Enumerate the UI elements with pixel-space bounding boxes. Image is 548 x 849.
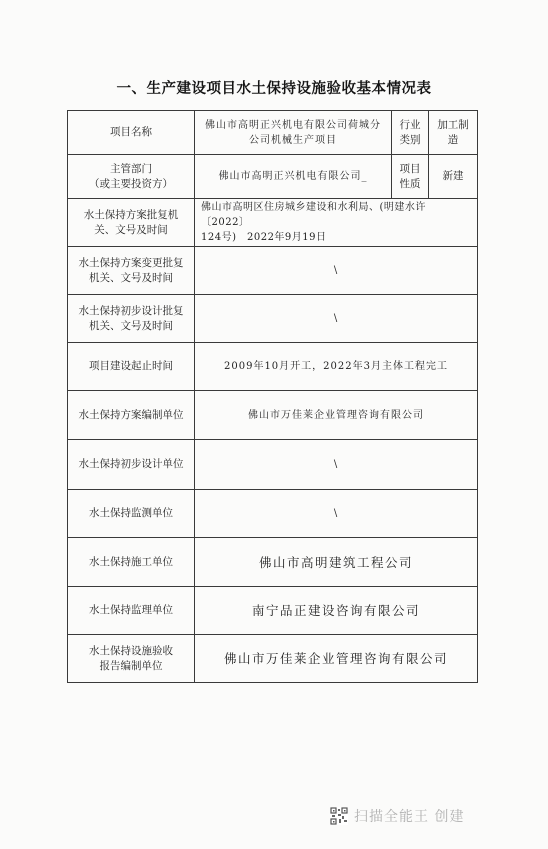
watermark-text: 扫描全能王 创建 <box>354 806 464 826</box>
table-row: 水土保持方案批复机关、文号及时间 佛山市高明区住房城乡建设和水利局、(明建水许〔… <box>68 199 478 247</box>
table-row: 水土保持施工单位 佛山市高明建筑工程公司 <box>68 538 478 587</box>
table-row: 项目建设起止时间 2009年10月开工，2022年3月主体工程完工 <box>68 343 478 391</box>
value-monitoring-unit: \ <box>195 490 478 538</box>
table-row: 水土保持监测单位 \ <box>68 490 478 538</box>
table-row: 水土保持方案变更批复机关、文号及时间 \ <box>68 247 478 295</box>
value-prelim-design-unit: \ <box>195 440 478 490</box>
table-row: 主管部门（或主要投资方） 佛山市高明正兴机电有限公司_ 项目性质 新建 <box>68 155 478 199</box>
label-supervision-unit: 水土保持监理单位 <box>68 587 195 635</box>
label-plan-compiler: 水土保持方案编制单位 <box>68 391 195 440</box>
table-row: 水土保持方案编制单位 佛山市万佳莱企业管理咨询有限公司 <box>68 391 478 440</box>
value-construction-unit: 佛山市高明建筑工程公司 <box>195 538 478 587</box>
value-prelim-design-approval: \ <box>195 295 478 343</box>
label-plan-change-approval: 水土保持方案变更批复机关、文号及时间 <box>68 247 195 295</box>
label-project-name: 项目名称 <box>68 111 195 155</box>
value-project-nature: 新建 <box>429 155 478 199</box>
label-monitoring-unit: 水土保持监测单位 <box>68 490 195 538</box>
scanner-watermark: 扫描全能王 创建 <box>330 806 464 826</box>
label-project-nature: 项目性质 <box>392 155 429 199</box>
value-plan-compiler: 佛山市万佳莱企业管理咨询有限公司 <box>195 391 478 440</box>
value-plan-approval: 佛山市高明区住房城乡建设和水利局、(明建水许〔2022〕124号) 2022年9… <box>195 199 478 247</box>
value-acceptance-report-unit: 佛山市万佳莱企业管理咨询有限公司 <box>195 635 478 683</box>
value-competent-dept: 佛山市高明正兴机电有限公司_ <box>195 155 392 199</box>
label-prelim-design-approval: 水土保持初步设计批复机关、文号及时间 <box>68 295 195 343</box>
value-project-name: 佛山市高明正兴机电有限公司荷城分公司机械生产项目 <box>195 111 392 155</box>
label-acceptance-report-unit: 水土保持设施验收报告编制单位 <box>68 635 195 683</box>
label-prelim-design-unit: 水土保持初步设计单位 <box>68 440 195 490</box>
value-plan-change-approval: \ <box>195 247 478 295</box>
project-info-table: 项目名称 佛山市高明正兴机电有限公司荷城分公司机械生产项目 行业类别 加工制造 … <box>67 110 478 683</box>
label-competent-dept: 主管部门（或主要投资方） <box>68 155 195 199</box>
qr-code-icon <box>330 807 348 825</box>
value-industry-type: 加工制造 <box>429 111 478 155</box>
label-construction-period: 项目建设起止时间 <box>68 343 195 391</box>
table-row: 水土保持设施验收报告编制单位 佛山市万佳莱企业管理咨询有限公司 <box>68 635 478 683</box>
label-construction-unit: 水土保持施工单位 <box>68 538 195 587</box>
page-title: 一、生产建设项目水土保持设施验收基本情况表 <box>0 77 548 98</box>
label-industry-type: 行业类别 <box>392 111 429 155</box>
table-row: 水土保持初步设计单位 \ <box>68 440 478 490</box>
table-row: 水土保持监理单位 南宁品正建设咨询有限公司 <box>68 587 478 635</box>
table-row: 项目名称 佛山市高明正兴机电有限公司荷城分公司机械生产项目 行业类别 加工制造 <box>68 111 478 155</box>
value-construction-period: 2009年10月开工，2022年3月主体工程完工 <box>195 343 478 391</box>
table-row: 水土保持初步设计批复机关、文号及时间 \ <box>68 295 478 343</box>
label-plan-approval: 水土保持方案批复机关、文号及时间 <box>68 199 195 247</box>
value-supervision-unit: 南宁品正建设咨询有限公司 <box>195 587 478 635</box>
